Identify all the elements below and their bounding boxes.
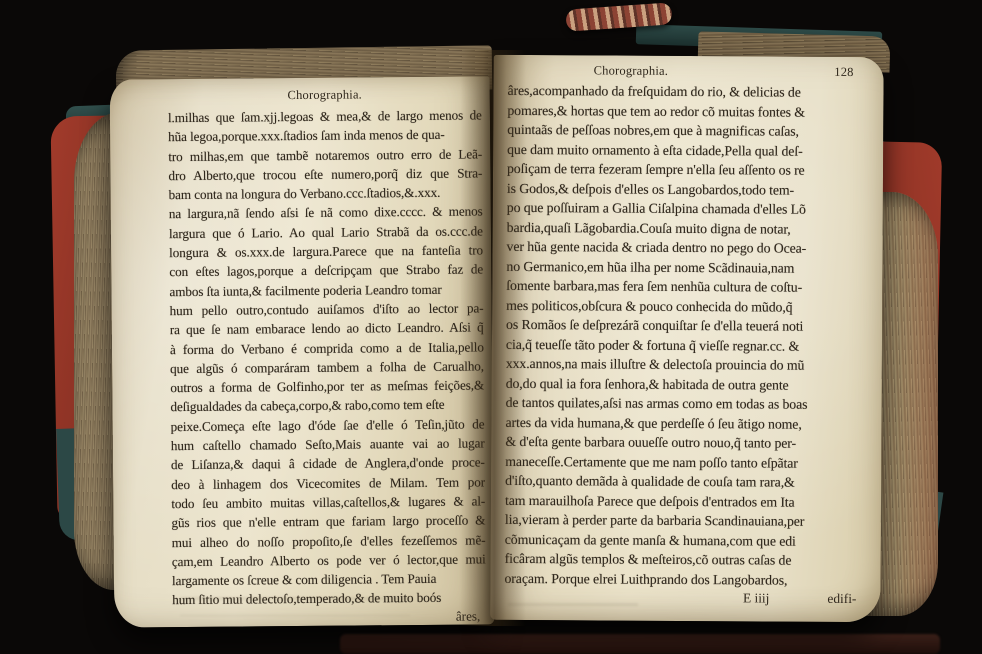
text-line: pomares,& hortas que tem ao redor cõ mui… — [507, 100, 867, 122]
text-line: is Godos,& deſpois d'elles os Langobardo… — [507, 178, 867, 200]
text-line: ſomente barbara,mas fera ſem nenhũa cult… — [506, 276, 866, 298]
text-line: de Liſanza,& daqui â cidade de Anglera,d… — [171, 453, 485, 475]
text-line: lia,vieram à perder parte da barbaria Sc… — [505, 510, 865, 532]
running-header-right: Chorographia. 128 — [508, 63, 868, 80]
catchword-right: edifi- — [827, 591, 856, 607]
text-line: mui alheo do noſſo propoſito,ſe d'elles … — [172, 530, 486, 552]
page-number: 128 — [834, 65, 853, 80]
right-page: Chorographia. 128 âres,acompanhado da fr… — [490, 55, 883, 622]
running-header-left-text: Chorographia. — [287, 87, 362, 102]
text-line: quintaãs de peſſoas nobres,em que à magn… — [507, 120, 867, 142]
text-line: poſiçam de terra fezeram ſempre n'ella ſ… — [507, 159, 867, 181]
text-line: hum ſitio mui delectoſo,temperado,& de m… — [172, 588, 486, 610]
text-line: çam,em Leandro Alberto os pode ver ó lec… — [172, 549, 486, 571]
running-header-left: Chorographia. — [168, 86, 482, 104]
text-line: d'iſto,quanto demãda à qualidade de couſ… — [505, 471, 865, 493]
text-line: hũa legoa,porque.xxx.ſtadios ſam inda me… — [168, 125, 482, 147]
left-text-block: l.milhas que ſam.xjj.legoas & mea,& de l… — [168, 105, 486, 609]
text-line: âres,acompanhado da freſquidam do rio, &… — [507, 81, 867, 103]
text-line: deſigualdades da cabeça,corpo,& rabo,com… — [170, 395, 484, 417]
left-catchword-row: âres, — [172, 608, 486, 627]
text-line: & d'eſta gente barbara ouueſſe outro nou… — [505, 432, 865, 454]
text-line: de tantos quilates,aſsi nas armas como e… — [506, 393, 866, 415]
right-text-block: âres,acompanhado da freſquidam do rio, &… — [504, 81, 867, 590]
text-line: cõmunicaçam da gente manſa & humana,com … — [505, 529, 865, 551]
text-line: cia,q̃ teueſſe tãto poder & fortuna q̃ v… — [506, 334, 866, 356]
text-line: mes politicos,obſcura & pouco conhecida … — [506, 295, 866, 317]
text-line: maneceſſe.Certamente que me nam poſſo ta… — [505, 451, 865, 473]
gathering-signature: E iiij — [743, 590, 770, 606]
text-line: ficâram algũs templos & meſteiros,cõ out… — [505, 549, 865, 571]
text-line: xxx.annos,na mais illuſtre & delectoſa p… — [506, 354, 866, 376]
text-line: artes da vida humana,& que perdeſſe ó ſe… — [505, 412, 865, 434]
left-page: Chorographia. l.milhas que ſam.xjj.legoa… — [110, 76, 495, 627]
text-line: ver hũa gente nacida & criada dentro no … — [506, 237, 866, 259]
text-line: ra que ſe nam embarace lendo ao dicto Le… — [170, 318, 484, 340]
text-line: po que poſſuiram a Gallia Ciſalpina cham… — [507, 198, 867, 220]
text-line: gũs rios que n'elle entram que fariam la… — [171, 511, 485, 533]
text-line: bardia,quaſi Lãgobardia.Couſa muito dign… — [507, 217, 867, 239]
bottom-cover-edge — [340, 634, 940, 654]
text-line: tam marauilhoſa Parece que deſpois d'ent… — [505, 490, 865, 512]
text-line: con eſtes lagos,porque a deſcripçam que … — [169, 260, 483, 282]
text-line: os Romãos ſe deſprezárã conquiſtar ſe d'… — [506, 315, 866, 337]
text-line: oraçam. Porque elrei Luithprando dos Lan… — [504, 568, 864, 590]
text-line: na largura,nã ſendo aſsi ſe nã como dixe… — [169, 202, 483, 224]
text-line: à forma do Verbano é comprida como a de … — [170, 337, 484, 359]
running-header-right-text: Chorographia. — [594, 63, 669, 78]
text-line: que dam muito ornamento à eſta cidade,Pe… — [507, 139, 867, 161]
text-line: do,do qual ia fora ſenhora,& habitada de… — [506, 373, 866, 395]
text-line: no Germanico,em hũa ilha per nome Scãdin… — [506, 256, 866, 278]
text-line: tro milhas,em que tambẽ notaremos outro … — [168, 144, 482, 166]
text-line: deo à linhagem dos Vicecomites de Milam.… — [171, 472, 485, 494]
signature-row: E iiij edifi- — [504, 589, 864, 607]
catchword-left: âres, — [456, 608, 481, 623]
